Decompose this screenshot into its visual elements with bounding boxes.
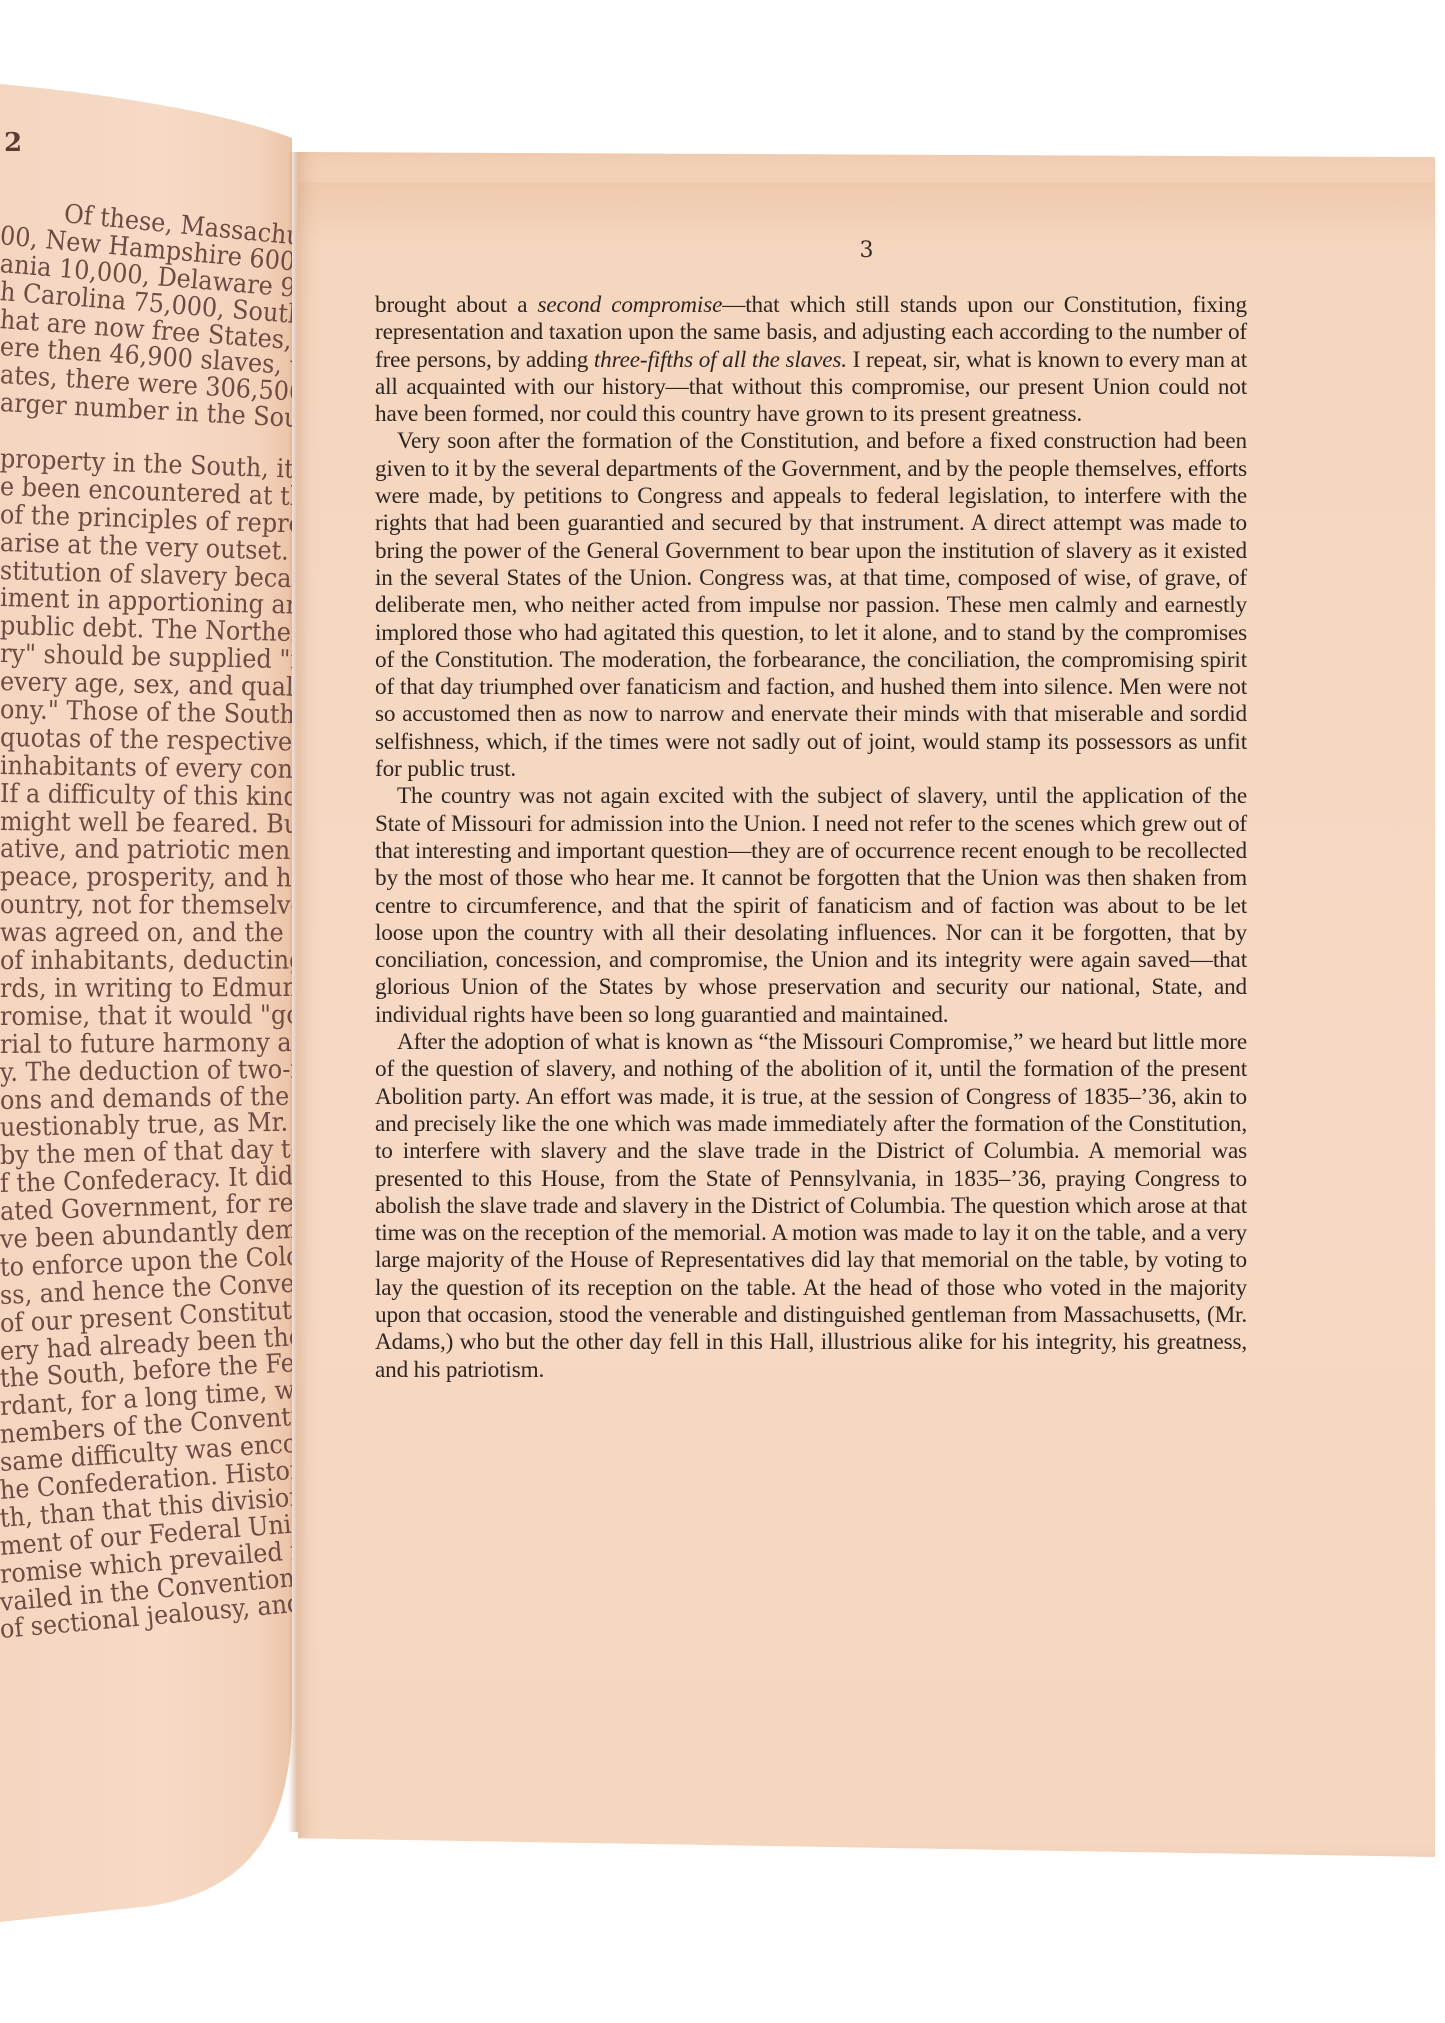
right-page: 3 brought about a second compromise—that…: [298, 152, 1435, 1857]
text-run: The country was not again excited with t…: [375, 783, 1247, 1027]
left-page-text: Of these, Massachusetts had00, New Hamps…: [0, 195, 292, 1645]
italic-text: second compromise: [538, 292, 723, 318]
paragraph: brought about a second compromise—that w…: [375, 292, 1247, 428]
right-page-number: 3: [298, 238, 1435, 263]
right-page-text: brought about a second compromise—that w…: [375, 292, 1247, 1384]
line-fragment: romise, that it would "go fo: [0, 1002, 269, 1031]
text-run: After the adoption of what is known as “…: [375, 1029, 1247, 1383]
left-page-number: 2: [4, 128, 22, 158]
italic-text: three-fifths of all the slaves.: [594, 347, 847, 373]
paragraph: After the adoption of what is known as “…: [375, 1029, 1247, 1384]
paragraph: Very soon after the formation of the Con…: [375, 428, 1247, 783]
paragraph: The country was not again excited with t…: [375, 783, 1247, 1029]
line-fragment: of inhabitants, deducting t: [0, 948, 269, 976]
text-run: brought about a: [375, 292, 538, 318]
line-fragment: was agreed on, and the app: [0, 920, 269, 948]
text-run: Very soon after the formation of the Con…: [375, 428, 1247, 782]
line-fragment: rds, in writing to Edmund Ra: [0, 975, 269, 1004]
line-fragment: ountry, not for themselves or: [0, 892, 269, 921]
